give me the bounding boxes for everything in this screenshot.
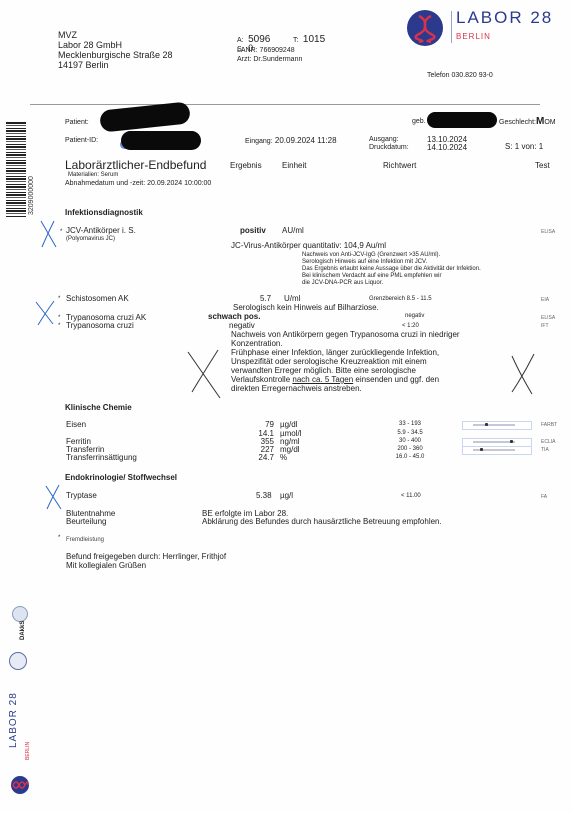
redaction (99, 101, 191, 132)
tryptase-unit: µg/l (280, 491, 293, 500)
footnote-star: * (60, 229, 62, 236)
material: Materialien: Serum (68, 172, 118, 179)
sender-line: Mecklenburgische Straße 28 (58, 50, 173, 60)
beurteilung-label: Beurteilung (66, 517, 106, 526)
side-logo-icon (11, 776, 29, 794)
jcv-result: positiv (240, 226, 266, 235)
eingang: Eingang: 20.09.2024 11:28 (245, 136, 337, 146)
redaction (427, 112, 497, 128)
order-lanr: LANR: 766909248 (237, 47, 295, 55)
patient-label: Patient: (65, 119, 89, 127)
labor28-logo-icon (407, 10, 443, 46)
geb-label: geb. (412, 118, 426, 126)
beurteilung-value: Abklärung des Befundes durch hausärztlic… (202, 517, 442, 526)
jcv-quant: JC-Virus-Antikörper quantitativ: 104,9 A… (231, 241, 386, 250)
schisto-value: 5.7 (260, 294, 271, 303)
section-chemie: Klinische Chemie (65, 403, 132, 412)
logo-divider (451, 11, 452, 43)
patient-id-label: Patient-ID: (65, 137, 98, 145)
col-ergebnis: Ergebnis (230, 161, 262, 170)
gruss: Mit kollegialen Grüßen (66, 561, 146, 570)
schisto-unit: U/ml (284, 294, 300, 303)
barcode-number: 3209000000 (28, 176, 35, 215)
col-test: Test (535, 161, 550, 170)
dakks-logo: DAkkS (20, 621, 26, 640)
chem-value: 79 (230, 420, 274, 429)
handwritten-x-icon (38, 218, 60, 250)
handwritten-x-icon (508, 350, 536, 396)
logo-city: BERLIN (456, 32, 491, 41)
chem-unit: % (280, 453, 287, 462)
section-endo: Endokrinologie/ Stoffwechsel (65, 473, 177, 482)
chem-ref: 200 - 360 (382, 446, 438, 453)
side-logo-city: BERLIN (25, 742, 31, 760)
section-infektion: Infektionsdiagnostik (65, 208, 143, 217)
chem-ref: 16.0 - 45.0 (382, 454, 438, 461)
druck-value: 14.10.2024 (427, 143, 467, 152)
trypano-ak-method: ELISA (541, 315, 555, 321)
reference-marker (510, 440, 513, 443)
tryptase-value: 5.38 (256, 491, 272, 500)
chem-value: 24.7 (230, 453, 274, 462)
footnote-star: * (58, 315, 60, 322)
sender-line: 14197 Berlin (58, 60, 173, 70)
tryptase-method: FA (541, 494, 547, 500)
report-title: Laborärztlicher-Endbefund (65, 158, 206, 172)
tryptase-name: Tryptase (66, 491, 97, 500)
chem-ref: 5.9 - 34.5 (382, 430, 438, 437)
trypano-ak-result: schwach pos. (208, 312, 260, 321)
logo-name: LABOR 28 (456, 8, 553, 28)
reference-marker (480, 448, 483, 451)
chem-method: FARBT (541, 422, 557, 428)
footnote-star: * (58, 535, 60, 542)
barcode (6, 122, 26, 218)
chem-method: ECLIA (541, 439, 555, 445)
footnote-star: * (58, 323, 60, 330)
jcv-comments: Nachweis von Anti-JCV-IgG (Grenzwert >35… (302, 252, 481, 287)
tryptase-ref: < 11.00 (401, 493, 421, 500)
freigabe: Befund freigegeben durch: Herrlinger, Fr… (66, 552, 226, 561)
footnote-star: * (58, 296, 60, 303)
jcv-name: JCV-Antikörper i. S. (66, 226, 136, 235)
order-arzt: Arzt: Dr.Sundermann (237, 56, 302, 64)
schisto-comment: Serologisch kein Hinweis auf Bilharziose… (233, 303, 379, 312)
col-einheit: Einheit (282, 161, 306, 170)
divider (275, 104, 540, 105)
ausgang-label: Ausgang: (369, 136, 399, 144)
jcv-unit: AU/ml (282, 226, 304, 235)
sender-line: Labor 28 GmbH (58, 40, 173, 50)
sender-line: MVZ (58, 30, 173, 40)
schisto-ref: Grenzbereich 8.5 - 11.5 (369, 296, 432, 303)
trypano-method: IFT (541, 323, 549, 329)
side-logo-name: LABOR 28 (8, 692, 19, 748)
sender-address: MVZ Labor 28 GmbH Mecklenburgische Straß… (58, 30, 173, 70)
chem-name: Eisen (66, 420, 86, 429)
chem-method: TIA (541, 447, 549, 453)
accreditation-seal-icon (9, 652, 27, 670)
handwritten-x-icon (44, 483, 64, 511)
order-t: T: 1015 (293, 29, 325, 47)
fremdleistung: Fremdleistung (66, 537, 104, 544)
handwritten-x-icon (34, 298, 56, 326)
chem-unit: µg/dl (280, 420, 298, 429)
schisto-method: EIA (541, 297, 549, 303)
abnahme: Abnahmedatum und -zeit: 20.09.2024 10:00… (65, 180, 211, 188)
reference-marker (485, 423, 488, 426)
geschlecht-label: Geschlecht:MOM (499, 118, 556, 127)
trypano-ref: < 1:20 (402, 323, 419, 330)
trypano-ak-ref: negativ (405, 313, 424, 320)
trypano-comments: Nachweis von Antikörpern gegen Trypanoso… (231, 330, 460, 393)
druck-label: Druckdatum: (369, 144, 409, 152)
trypano-name: Trypanosoma cruzi (66, 321, 134, 330)
reference-range-bar (462, 446, 532, 455)
chem-ref: 30 - 400 (382, 438, 438, 445)
chem-ref: 33 - 193 (382, 421, 438, 428)
page-indicator: S: 1 von: 1 (505, 142, 543, 151)
dakks-seal-icon (12, 606, 28, 622)
handwritten-x-icon (184, 348, 226, 400)
phone: Telefon 030.820 93-0 (427, 72, 493, 80)
trypano-result: negativ (229, 321, 255, 330)
schisto-name: Schistosomen AK (66, 294, 129, 303)
col-richtwert: Richtwert (383, 161, 416, 170)
chem-name: Transferrinsättigung (66, 453, 137, 462)
reference-range-bar (462, 421, 532, 430)
jcv-sub: (Polyomavirus JC) (66, 236, 115, 243)
redaction (121, 131, 201, 150)
jcv-method: ELISA (541, 229, 555, 235)
